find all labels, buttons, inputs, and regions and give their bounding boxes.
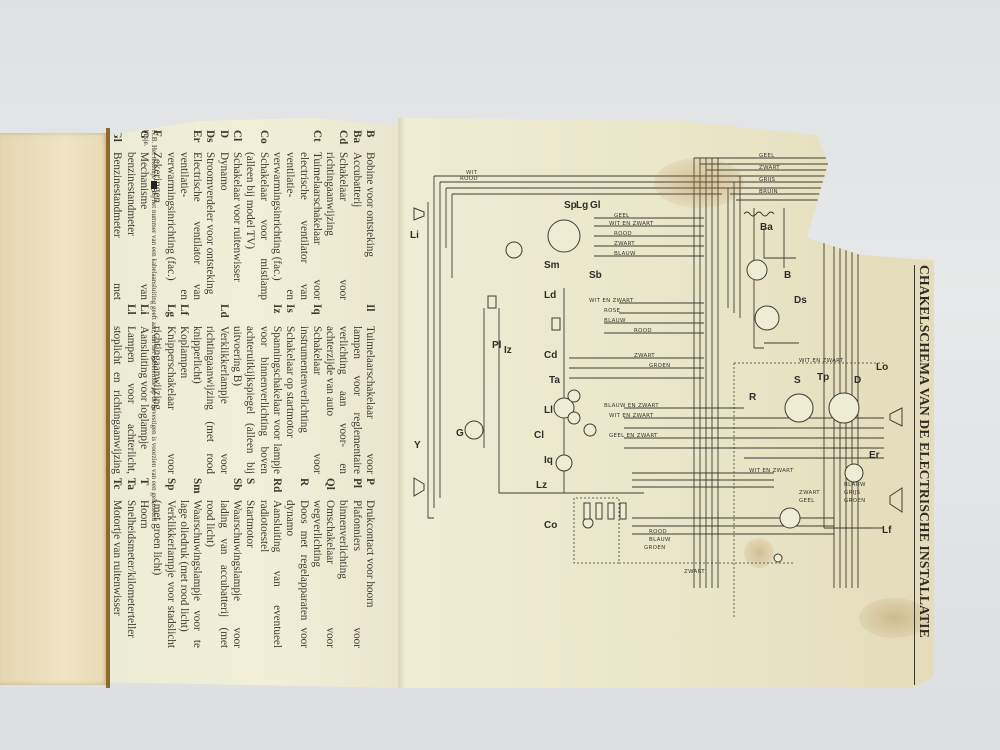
- legend-code: P: [363, 478, 376, 500]
- legend-entry: CdSchakelaar voor richtingaanwijzing: [323, 130, 350, 300]
- legend-description: Bobine voor ontsteking: [363, 152, 376, 300]
- legend-entry: PlPlafonniers voor binnenverlichting: [336, 478, 363, 648]
- legend-entry: CoSchakelaar voor mistlamp (alleen bij m…: [243, 130, 270, 300]
- legend-code: Lf: [177, 304, 190, 326]
- wire-label: GROEN: [644, 545, 666, 551]
- legend-description: Doos met regelapparaten voor dynamo: [283, 500, 310, 648]
- legend-code: Co: [243, 130, 270, 152]
- component-label: Ta: [549, 375, 560, 386]
- wire-label: GEEL: [759, 153, 775, 159]
- legend-entry: SmWaarschuwingslampje voor te lage olied…: [177, 478, 204, 648]
- legend-entry: LdVerklikkerlampje voor richtingaanwijzi…: [190, 304, 230, 474]
- wire-label: WIT EN ZWART: [589, 298, 634, 304]
- wire-label: ZWART: [684, 569, 705, 575]
- legend-entry: SStartmotor: [243, 478, 256, 648]
- legend-code: Ba: [349, 130, 362, 152]
- legend-entry: QlOmschakelaar voor wegverlichting: [310, 478, 337, 648]
- wire-label: GRIJS: [844, 490, 861, 496]
- legend-code: Er: [163, 130, 203, 152]
- legend-description: Stroomverdeler voor ontsteking: [203, 152, 216, 300]
- legend-entry: RDoos met regelapparaten voor dynamo: [283, 478, 310, 648]
- legend-description: Electrische ventilator van ventilatie- e…: [163, 152, 203, 300]
- legend-entry: TcMotortje van ruitenwisser: [110, 478, 123, 648]
- component-label: Ba: [760, 222, 773, 233]
- wire-label: GEEL EN ZWART: [609, 433, 658, 439]
- wire-label: WIT EN ZWART: [609, 221, 654, 227]
- legend-entry: PDrukcontact voor hoorn: [363, 478, 376, 648]
- legend-entry: BaAccubatterij: [349, 130, 362, 300]
- legend-description: Koplampen: [177, 326, 190, 474]
- legend-code: Tc: [110, 478, 123, 500]
- legend-description: Accubatterij: [349, 152, 362, 300]
- component-label: Pl: [492, 340, 502, 351]
- legend-description: Schakelaar voor richtingaanwijzing: [323, 152, 350, 300]
- legend-entry: DsStroomverdeler voor ontsteking: [203, 130, 216, 300]
- legend-code: Sm: [177, 478, 204, 500]
- wire-label: BLAUW: [604, 318, 626, 324]
- diagram-title-band: CHAKELSCHEMA VAN DE ELECTRISCHE INSTALLA…: [910, 265, 932, 685]
- wire-label: GEEL: [614, 213, 630, 219]
- legend-description: Startmotor: [243, 500, 256, 648]
- component-label: Co: [544, 520, 557, 531]
- legend-entry: IzSpanningschakelaar voor lampje voor bi…: [230, 304, 283, 474]
- wire-label: ZWART: [799, 490, 820, 496]
- wire-label: ROSE: [604, 308, 621, 314]
- legend-rotated-block: BBobine voor ontstekingBaAccubatterijCdS…: [120, 118, 390, 638]
- legend-description: Plafonniers voor binnenverlichting: [336, 500, 363, 648]
- legend-description: Aansluiting van eventueel radiotoestel: [256, 500, 283, 648]
- component-label: Lg: [576, 200, 588, 211]
- legend-description: Omschakelaar voor wegverlichting: [310, 500, 337, 648]
- component-label: S: [794, 375, 801, 386]
- book-spread-photo: BBobine voor ontstekingBaAccubatterijCdS…: [0, 0, 1000, 750]
- component-label: Gl: [590, 200, 601, 211]
- paper-stain: [744, 538, 774, 568]
- component-label: G: [456, 428, 464, 439]
- component-label: R: [749, 392, 757, 403]
- legend-code: Cl: [230, 130, 243, 152]
- component-label: Sm: [544, 260, 560, 271]
- legend-code: Ct: [270, 130, 323, 152]
- paper-stain: [654, 158, 744, 208]
- component-label: B: [784, 270, 791, 281]
- legend-entry: DDynamo: [216, 130, 229, 300]
- component-label: Lf: [882, 525, 892, 536]
- legend-description: Tuimelaarschakelaar voor electrische ven…: [270, 152, 323, 300]
- wire-label: ZWART: [614, 241, 635, 247]
- legend-entry: BBobine voor ontsteking: [363, 130, 376, 300]
- component-label: Cl: [534, 430, 544, 441]
- wire-label: GEEL: [799, 498, 815, 504]
- legend-entry: RdAansluiting van eventueel radiotoestel: [256, 478, 283, 648]
- legend-entry: ErElectrische ventilator van ventilatie-…: [163, 130, 203, 300]
- legend-entry: CtTuimelaarschakelaar voor electrische v…: [270, 130, 323, 300]
- book-spine: [106, 128, 110, 688]
- component-label: Li: [410, 230, 419, 241]
- legend-code: Cd: [323, 130, 350, 152]
- wire-label: ROOD: [634, 328, 652, 334]
- legend-entry: TaSnelheidsmeter/kilometerteller: [123, 478, 136, 648]
- component-label: Lo: [876, 362, 888, 373]
- footnote: N.B. Het tekentje bij het nummer van een…: [142, 130, 158, 530]
- legend-description: Snelheidsmeter/kilometerteller: [123, 500, 136, 648]
- wire-label: BLAUW: [614, 251, 636, 257]
- legend-entry: LfKoplampen: [177, 304, 190, 474]
- legend-code: Ta: [123, 478, 136, 500]
- diagram-title: CHAKELSCHEMA VAN DE ELECTRISCHE INSTALLA…: [914, 265, 932, 685]
- back-page-blank: [0, 133, 108, 685]
- wire-label: GROEN: [649, 363, 671, 369]
- legend-code: Iz: [230, 304, 283, 326]
- wire-label: WIT EN ZWART: [609, 413, 654, 419]
- legend-entry: ClSchakelaar voor ruitenwisser: [230, 130, 243, 300]
- wire-label: ZWART: [759, 165, 780, 171]
- legend-code: Rd: [256, 478, 283, 500]
- wire-label: ROOD: [614, 231, 632, 237]
- legend-description: Schakelaar voor mistlamp (alleen bij mod…: [243, 152, 270, 300]
- component-label: Ll: [544, 405, 553, 416]
- wire-label: GRIJS: [759, 177, 776, 183]
- legend-code: D: [216, 130, 229, 152]
- legend-code: Is: [283, 304, 296, 326]
- legend-description: Waarschuwingslampje voor te lage oliedru…: [177, 500, 204, 648]
- legend-entry: IlTuimelaarschakelaar voor lampen voor r…: [323, 304, 376, 474]
- legend-entry: IqSchakelaar voor instrumentenverlichtin…: [296, 304, 323, 474]
- legend-page: BBobine voor ontstekingBaAccubatterijCdS…: [110, 118, 402, 688]
- legend-description: Schakelaar voor ruitenwisser: [230, 152, 243, 300]
- component-label: Cd: [544, 350, 557, 361]
- component-label: Ld: [544, 290, 556, 301]
- legend-code: Sb: [203, 478, 243, 500]
- wiring-diagram: WIT ROOD GEEL WIT EN ZWART ROOD ZWART BL…: [404, 118, 934, 688]
- wire-label: WIT EN ZWART: [799, 358, 844, 364]
- legend-code: Pl: [336, 478, 363, 500]
- component-label: Iq: [544, 455, 553, 466]
- wire-label: BLAUW: [844, 482, 866, 488]
- legend-code: Ds: [203, 130, 216, 152]
- legend-code: Il: [323, 304, 376, 326]
- square-marker-icon: [151, 181, 157, 189]
- component-label: Iz: [504, 345, 512, 356]
- component-label: Ds: [794, 295, 807, 306]
- component-label: Sb: [589, 270, 602, 281]
- wiring-diagram-page: WIT ROOD GEEL WIT EN ZWART ROOD ZWART BL…: [404, 118, 934, 688]
- legend-entry: SbWaarschuwingslampje voor lading van ac…: [203, 478, 243, 648]
- wire-label: WIT EN ZWART: [749, 468, 794, 474]
- component-label: Y: [414, 440, 421, 451]
- wire-label: BLAUW EN ZWART: [604, 403, 659, 409]
- legend-description: Tuimelaarschakelaar voor lampen voor reg…: [323, 326, 376, 474]
- legend-description: Dynamo: [216, 152, 229, 300]
- legend-description: Waarschuwingslampje voor lading van accu…: [203, 500, 243, 648]
- component-label: D: [854, 375, 861, 386]
- component-label: Sp: [564, 200, 577, 211]
- legend-description: Schakelaar voor instrumentenverlichting: [296, 326, 323, 474]
- component-label: Lz: [536, 480, 547, 491]
- wire-label: ROOD: [649, 529, 667, 535]
- component-label: Tp: [817, 372, 829, 383]
- wire-label: ZWART: [634, 353, 655, 359]
- legend-code: Iq: [296, 304, 323, 326]
- wire-label: BLAUW: [649, 537, 671, 543]
- legend-description: Verklikkerlampje voor richtingaanwijzing…: [190, 326, 230, 474]
- legend-code: Ld: [190, 304, 230, 326]
- legend-code: S: [243, 478, 256, 500]
- legend-code: Ql: [310, 478, 337, 500]
- wire-label: ROOD: [460, 176, 478, 182]
- wire-label: BRUIN: [759, 189, 778, 195]
- legend-code: B: [363, 130, 376, 152]
- legend-entry: IsSchakelaar op startmotor: [283, 304, 296, 474]
- legend-description: Drukcontact voor hoorn: [363, 500, 376, 648]
- legend-description: Motortje van ruitenwisser: [110, 500, 123, 648]
- wire-label: GROEN: [844, 498, 866, 504]
- legend-description: Schakelaar op startmotor: [283, 326, 296, 474]
- component-label: Er: [869, 450, 880, 461]
- legend-description: Spanningschakelaar voor lampje voor binn…: [230, 326, 283, 474]
- legend-code: R: [283, 478, 310, 500]
